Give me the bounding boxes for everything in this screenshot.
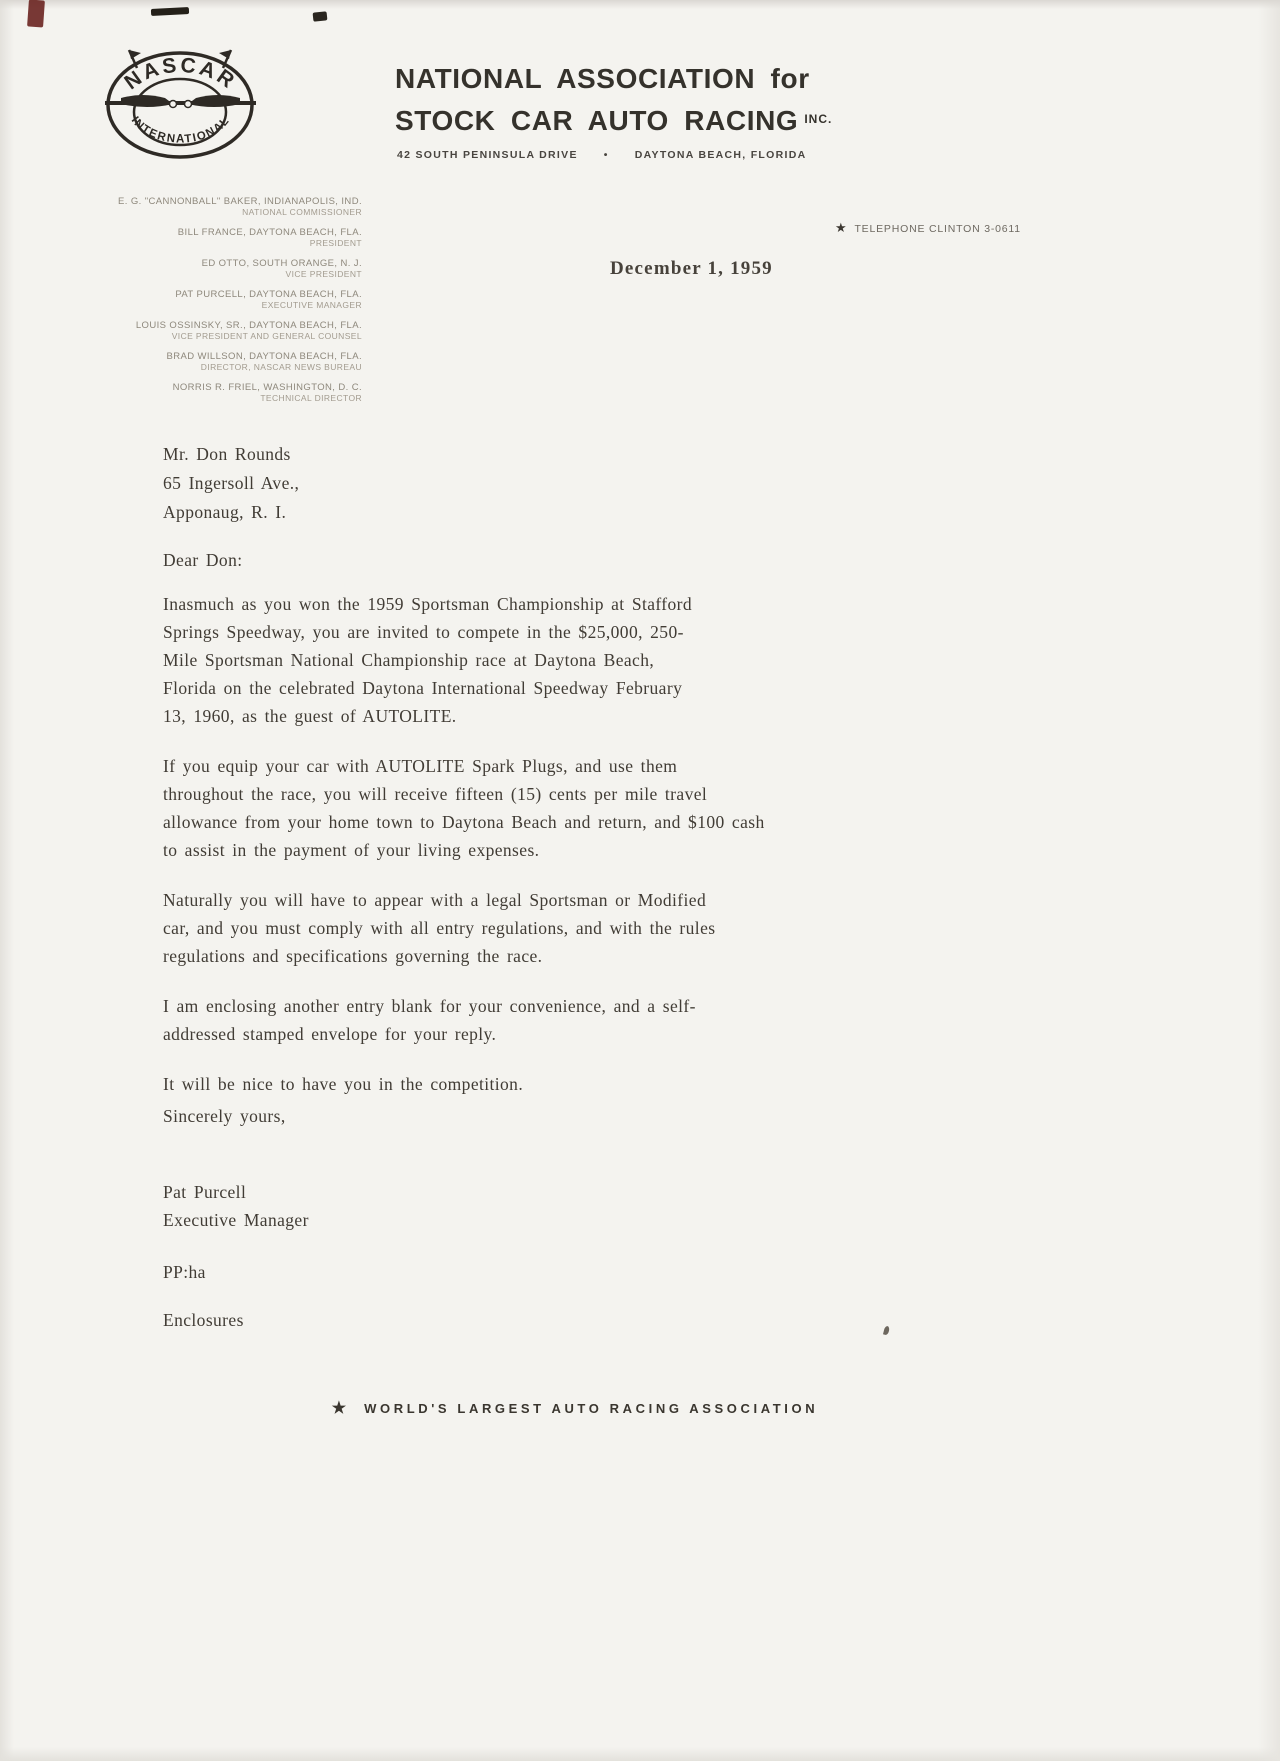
- letter-paragraph: I am enclosing another entry blank for y…: [163, 992, 993, 1048]
- officer-entry: PAT PURCELL, DAYTONA BEACH, FLA. EXECUTI…: [40, 289, 362, 311]
- officer-entry: LOUIS OSSINSKY, SR., DAYTONA BEACH, FLA.…: [40, 320, 362, 342]
- officer-title: EXECUTIVE MANAGER: [40, 300, 362, 311]
- officer-name: PAT PURCELL, DAYTONA BEACH, FLA.: [40, 289, 362, 300]
- org-inc-suffix: INC.: [804, 112, 832, 126]
- signature-name: Pat Purcell: [163, 1178, 309, 1206]
- letter-paragraph: It will be nice to have you in the compe…: [163, 1070, 993, 1098]
- footer-slogan: ★ WORLD'S LARGEST AUTO RACING ASSOCIATIO…: [0, 1398, 1150, 1418]
- officer-name: LOUIS OSSINSKY, SR., DAYTONA BEACH, FLA.: [40, 320, 362, 331]
- officer-entry: E. G. "CANNONBALL" BAKER, INDIANAPOLIS, …: [40, 196, 362, 218]
- officer-entry: NORRIS R. FRIEL, WASHINGTON, D. C. TECHN…: [40, 382, 362, 404]
- telephone-line: ★TELEPHONE CLINTON 3-0611: [835, 220, 1021, 236]
- officer-title: DIRECTOR, NASCAR NEWS BUREAU: [40, 362, 362, 373]
- letter-paragraph: Inasmuch as you won the 1959 Sportsman C…: [163, 590, 993, 730]
- telephone-number: TELEPHONE CLINTON 3-0611: [854, 223, 1020, 235]
- logo-wing-cars: [105, 95, 256, 108]
- officer-title: PRESIDENT: [40, 238, 362, 249]
- officer-entry: BILL FRANCE, DAYTONA BEACH, FLA. PRESIDE…: [40, 227, 362, 249]
- scan-artifact-dash-small: [313, 11, 328, 21]
- org-name-line2-text: STOCK CAR AUTO RACING: [395, 105, 798, 136]
- officer-entry: ED OTTO, SOUTH ORANGE, N. J. VICE PRESID…: [40, 258, 362, 280]
- officer-title: TECHNICAL DIRECTOR: [40, 393, 362, 404]
- star-icon: ★: [332, 1398, 346, 1418]
- officer-name: BRAD WILLSON, DAYTONA BEACH, FLA.: [40, 351, 362, 362]
- footer-slogan-text: WORLD'S LARGEST AUTO RACING ASSOCIATION: [364, 1401, 818, 1416]
- letter-paragraph: If you equip your car with AUTOLITE Spar…: [163, 752, 993, 864]
- officer-name: E. G. "CANNONBALL" BAKER, INDIANAPOLIS, …: [40, 196, 362, 207]
- scanned-letter-page: { "colors": { "paper": "#f4f3ef", "ink":…: [0, 0, 1280, 1761]
- enclosures-line: Enclosures: [163, 1306, 244, 1334]
- officer-title: VICE PRESIDENT: [40, 269, 362, 280]
- salutation: Dear Don:: [163, 546, 242, 574]
- letterhead-address: 42 SOUTH PENINSULA DRIVE • DAYTONA BEACH…: [397, 149, 806, 161]
- address-bullet-icon: •: [604, 149, 609, 161]
- closing-line: Sincerely yours,: [163, 1102, 286, 1130]
- logo-bottom-text: INTERNATIONAL: [129, 114, 233, 145]
- letter-body: Inasmuch as you won the 1959 Sportsman C…: [163, 590, 993, 1120]
- officers-roster: E. G. "CANNONBALL" BAKER, INDIANAPOLIS, …: [40, 196, 362, 413]
- officer-title: VICE PRESIDENT AND GENERAL COUNSEL: [40, 331, 362, 342]
- org-name-line2: STOCK CAR AUTO RACINGINC.: [395, 99, 955, 141]
- letter-date: December 1, 1959: [610, 258, 773, 280]
- officer-name: NORRIS R. FRIEL, WASHINGTON, D. C.: [40, 382, 362, 393]
- address-street: 42 SOUTH PENINSULA DRIVE: [397, 149, 578, 161]
- letter-paragraph: Naturally you will have to appear with a…: [163, 886, 993, 970]
- nascar-logo: NASCAR INTERNATIONAL: [103, 48, 258, 160]
- org-name-line1: NATIONAL ASSOCIATION for: [395, 58, 955, 99]
- scan-artifact-red-mark: [27, 0, 45, 28]
- recipient-address-block: Mr. Don Rounds 65 Ingersoll Ave., Appona…: [163, 440, 299, 527]
- logo-top-text: NASCAR: [120, 54, 240, 95]
- star-icon: ★: [835, 220, 847, 235]
- officer-title: NATIONAL COMMISSIONER: [40, 207, 362, 218]
- scan-artifact-speck: [883, 1326, 890, 1336]
- officer-entry: BRAD WILLSON, DAYTONA BEACH, FLA. DIRECT…: [40, 351, 362, 373]
- letterhead-org-name: NATIONAL ASSOCIATION for STOCK CAR AUTO …: [395, 58, 955, 141]
- recipient-lines: Mr. Don Rounds 65 Ingersoll Ave., Appona…: [163, 440, 299, 527]
- scan-artifact-dash: [151, 7, 189, 16]
- officer-name: BILL FRANCE, DAYTONA BEACH, FLA.: [40, 227, 362, 238]
- officer-name: ED OTTO, SOUTH ORANGE, N. J.: [40, 258, 362, 269]
- reference-initials: PP:ha: [163, 1258, 206, 1286]
- signature-title: Executive Manager: [163, 1206, 309, 1234]
- signature-block: Pat Purcell Executive Manager: [163, 1178, 309, 1234]
- address-city: DAYTONA BEACH, FLORIDA: [635, 149, 807, 161]
